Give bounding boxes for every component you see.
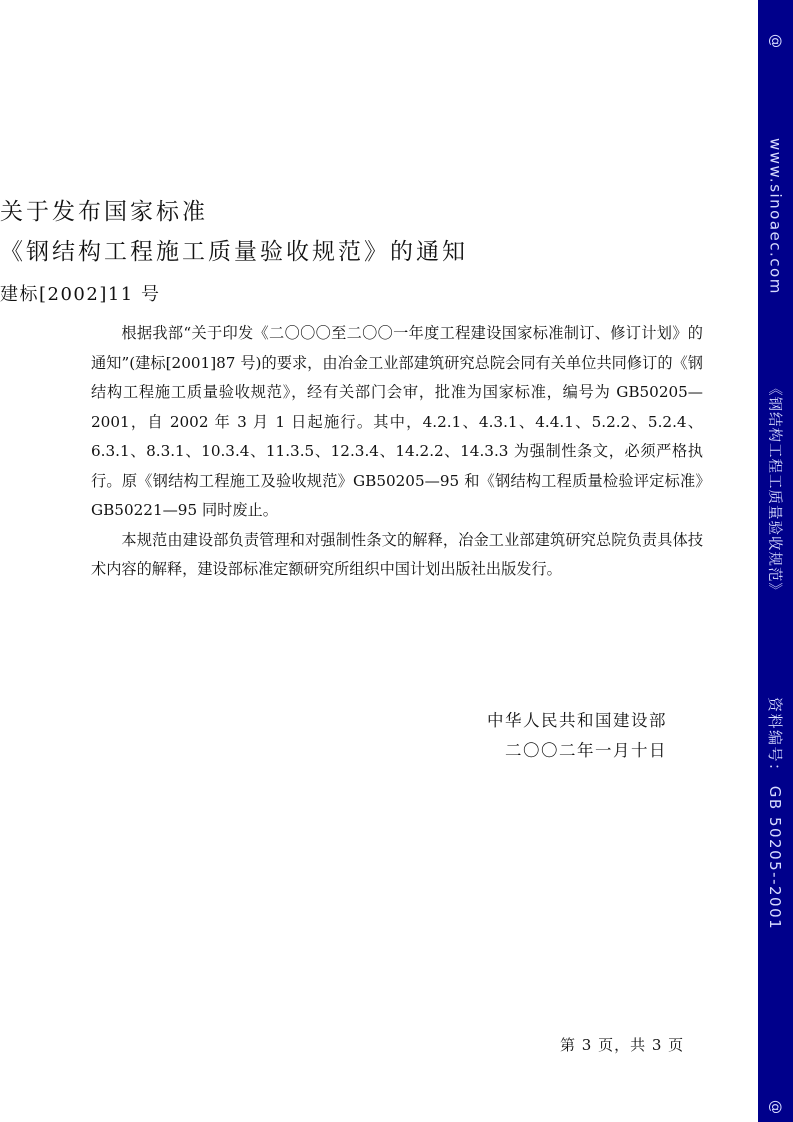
paragraph-1: 根据我部“关于印发《二〇〇〇至二〇〇一年度工程建设国家标准制订、修订计划》的通知… <box>91 319 703 526</box>
issuer: 中华人民共和国建设部 <box>487 706 667 736</box>
title-line-2: 《钢结构工程施工质量验收规范》的通知 <box>0 236 793 268</box>
paragraph-2: 本规范由建设部负责管理和对强制性条文的解释，冶金工业部建筑研究总院负责具体技术内… <box>91 526 703 585</box>
notice-body: 根据我部“关于印发《二〇〇〇至二〇〇一年度工程建设国家标准制订、修订计划》的通知… <box>91 319 703 585</box>
at-symbol-icon: @ <box>758 1100 793 1114</box>
side-banner: @ www.sinoaec.com 《钢结构工程工质量验收规范》 资料编号： G… <box>758 0 793 1122</box>
document-page: 关于发布国家标准 《钢结构工程施工质量验收规范》的通知 建标[2002]11 号… <box>0 0 758 1122</box>
issue-date: 二〇〇二年一月十日 <box>487 736 667 766</box>
document-number: 建标[2002]11 号 <box>0 281 793 309</box>
standard-title: 《钢结构工程工质量验收规范》 <box>758 381 793 598</box>
title-line-1: 关于发布国家标准 <box>0 196 793 228</box>
page-footer: 第 3 页，共 3 页 <box>560 1034 684 1055</box>
website-link[interactable]: www.sinoaec.com <box>758 138 793 295</box>
at-symbol-icon: @ <box>758 34 793 48</box>
reference-code: 资料编号： GB 50205--2001 <box>758 697 793 930</box>
signature-block: 中华人民共和国建设部 二〇〇二年一月十日 <box>487 706 667 766</box>
